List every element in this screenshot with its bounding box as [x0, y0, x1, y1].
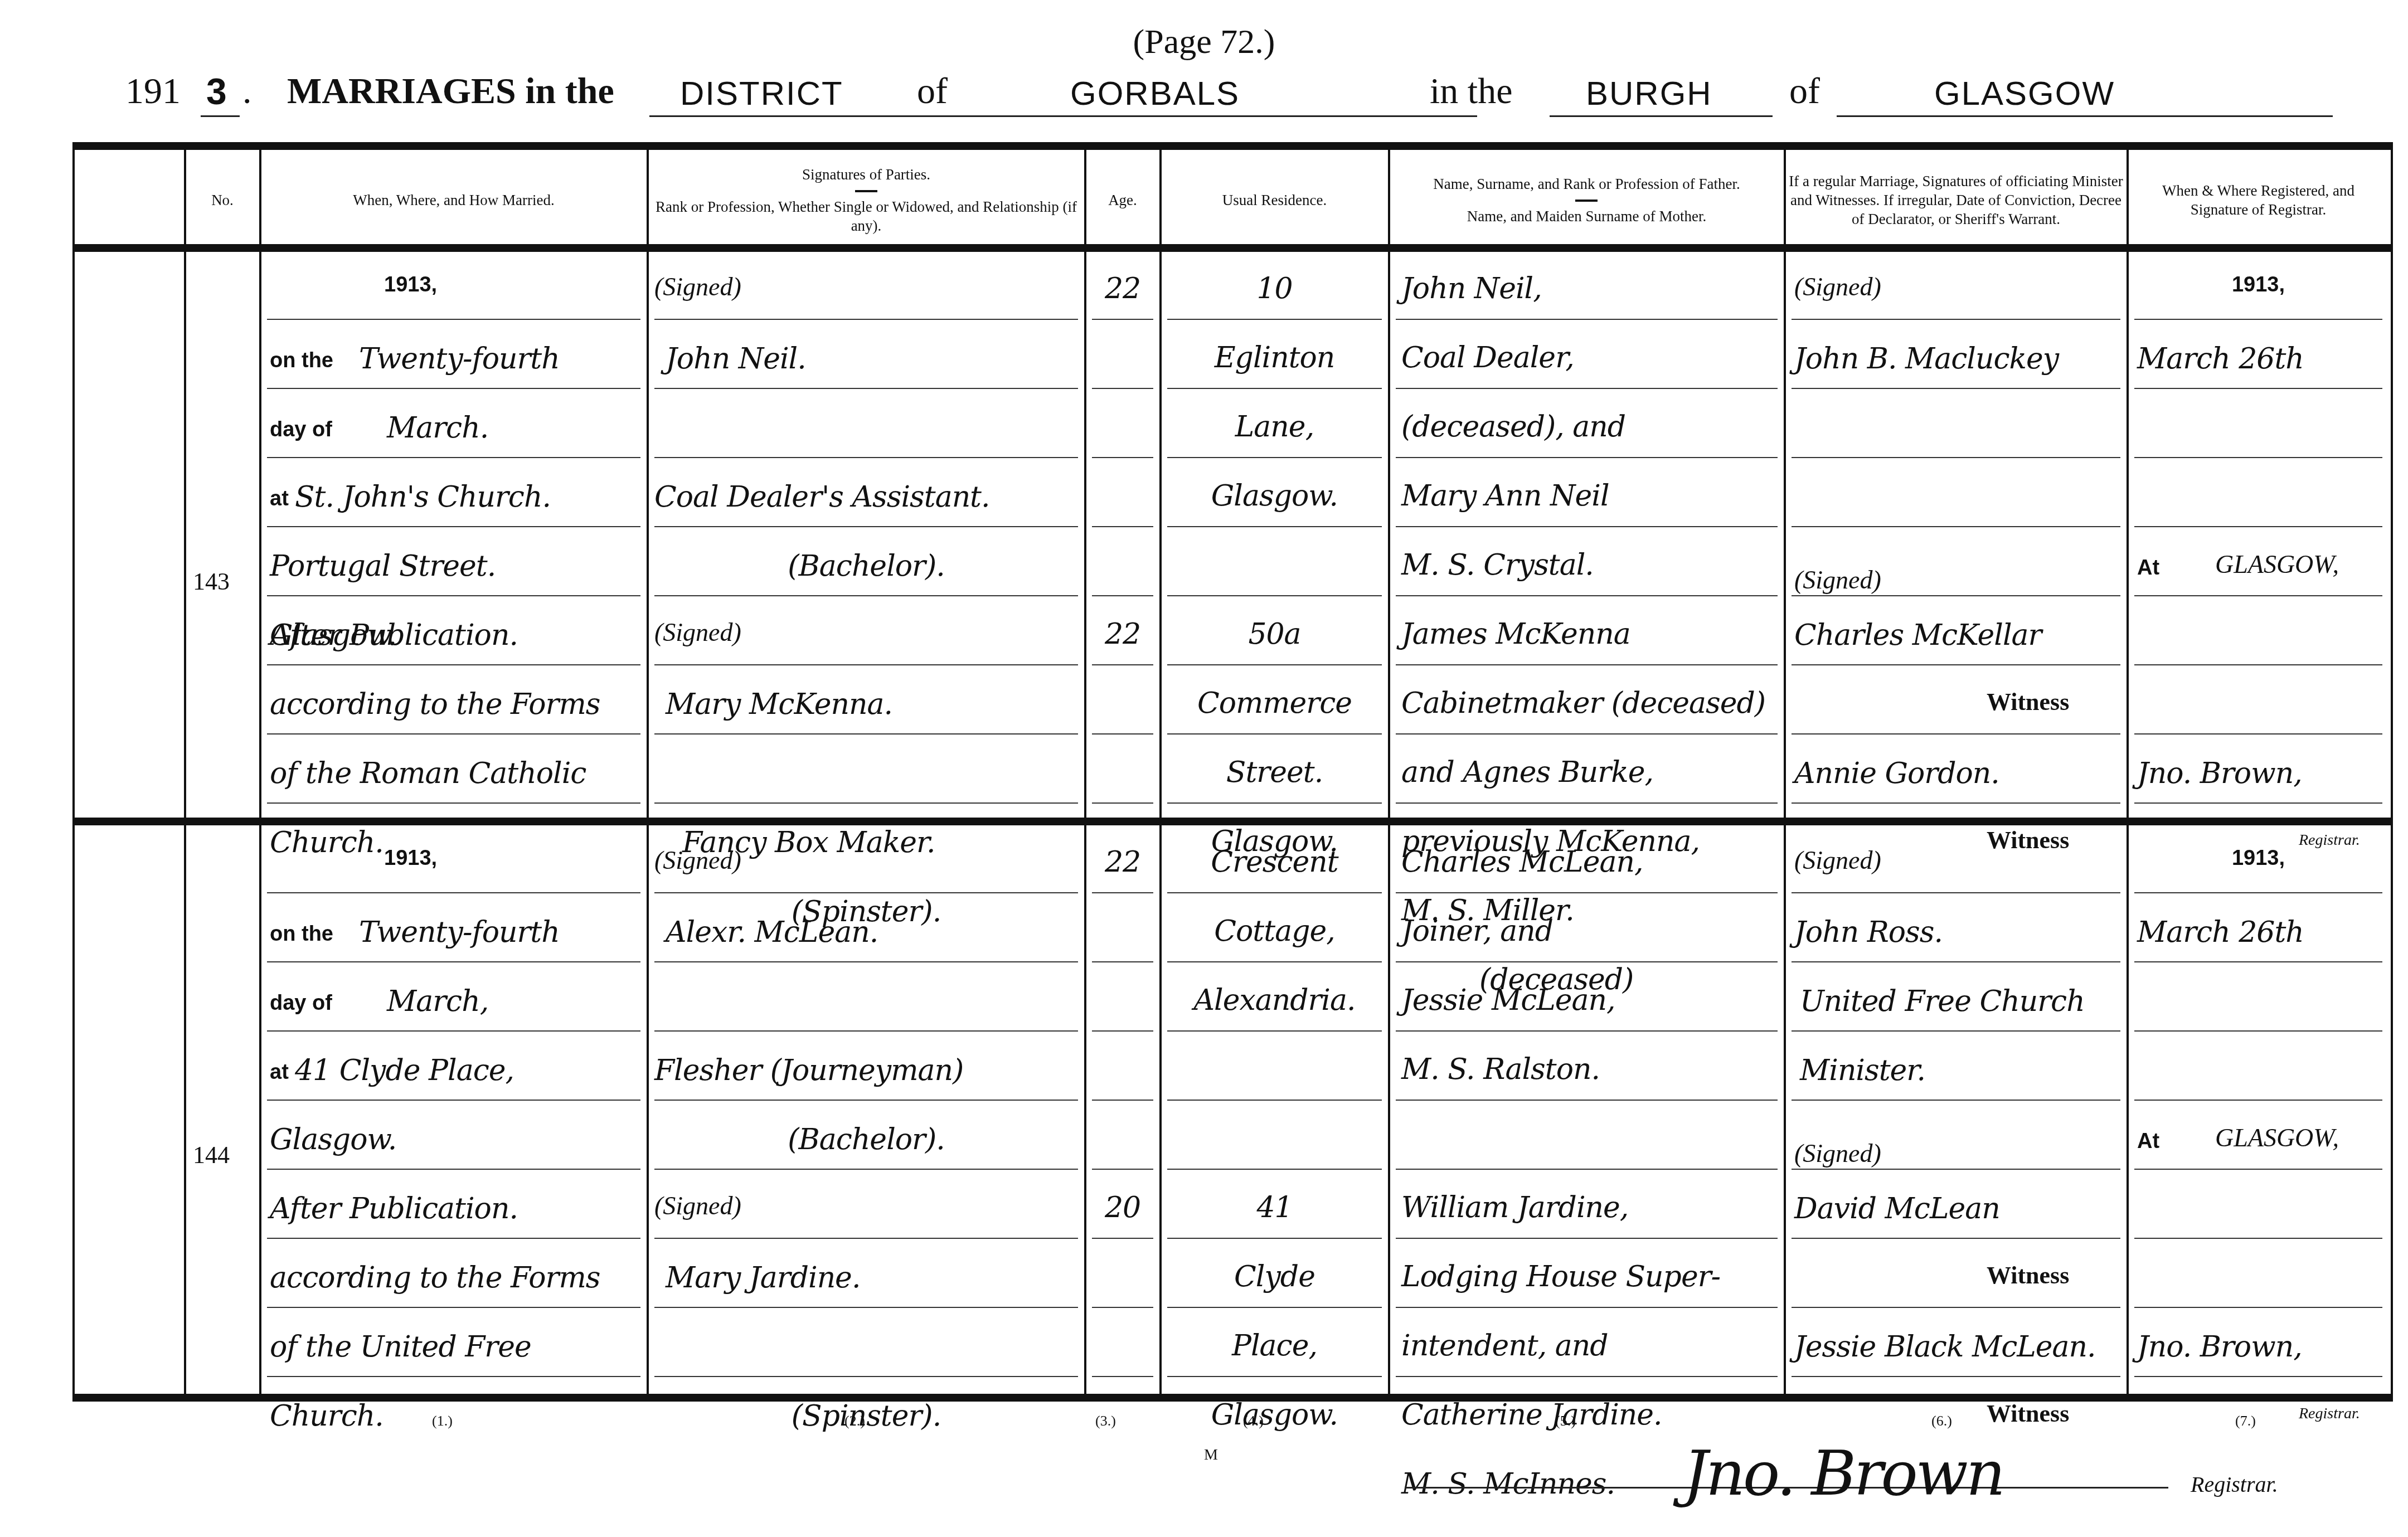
header-minister-witnesses: If a regular Marriage, Signatures of off… [1786, 159, 2126, 242]
writing-line [1396, 892, 1778, 893]
marriages-label: MARRIAGES in the [287, 70, 614, 113]
writing-line [1396, 961, 1778, 962]
groom-parents: M. S. Crystal. [1401, 551, 1594, 580]
label-day-of: day of [270, 993, 332, 1014]
writing-line [1092, 802, 1153, 804]
registered-date: March 26th [2137, 344, 2304, 373]
year-prefix: 191 [125, 70, 181, 113]
groom-rank: Flesher (Journeyman) [654, 1056, 963, 1085]
writing-line [1396, 319, 1778, 320]
witness-label: Witness [1987, 690, 2069, 714]
district-type: DISTRICT [680, 74, 843, 113]
minister-signature: John Ross. [1794, 918, 1943, 947]
writing-line [2134, 1030, 2382, 1032]
bride-residence: 50a [1162, 620, 1387, 649]
registrar-label: Registrar. [2299, 833, 2360, 848]
marriage-year: 1913, [384, 848, 437, 869]
bride-parents: and Agnes Burke, [1401, 758, 1653, 787]
signed-label: (Signed) [1794, 274, 1881, 300]
writing-line [654, 1169, 1078, 1170]
writing-line [1167, 892, 1382, 893]
bride-parents: Cabinetmaker (deceased) [1401, 689, 1765, 718]
writing-line [1092, 664, 1153, 665]
minister-signature: Minister. [1800, 1056, 1925, 1085]
writing-line [267, 1169, 640, 1170]
writing-line [1092, 1307, 1153, 1308]
groom-residence: Cottage, [1162, 917, 1387, 946]
district-name: GORBALS [1070, 74, 1240, 113]
signed-label: (Signed) [1794, 1141, 1881, 1166]
writing-line [1092, 892, 1153, 893]
groom-residence: Alexandria. [1162, 986, 1387, 1015]
registrar-signature: Jno. Brown, [2137, 1332, 2302, 1361]
marriage-month: March. [387, 414, 488, 442]
bride-parents: Catherine Jardine. [1401, 1400, 1662, 1429]
writing-line [1396, 526, 1778, 527]
writing-line [1167, 1169, 1382, 1170]
marriage-place: 41 Clyde Place, [295, 1056, 514, 1085]
marriage-manner: After Publication. [270, 621, 518, 650]
writing-line [267, 1238, 640, 1239]
footer-registrar-signature: Jno. Brown [1683, 1438, 2003, 1509]
header-residence: Usual Residence. [1162, 159, 1387, 242]
bride-parents: Lodging House Super- [1401, 1262, 1720, 1291]
marriage-day: Twenty-fourth [359, 918, 560, 947]
writing-line [1792, 1030, 2120, 1032]
writing-line [1792, 664, 2120, 665]
groom-residence: Crescent [1162, 848, 1387, 877]
writing-line [267, 961, 640, 962]
writing-line [1792, 802, 2120, 804]
writing-line [1792, 892, 2120, 893]
registered-place: GLASGOW, [2215, 552, 2339, 577]
writing-line [1092, 457, 1153, 458]
registered-year: 1913, [2129, 848, 2388, 869]
groom-parents: Jessie McLean, [1401, 986, 1615, 1015]
writing-line [1092, 595, 1153, 596]
writing-line [1167, 1100, 1382, 1101]
writing-line [2134, 595, 2382, 596]
writing-line [1396, 388, 1778, 389]
label-at-place: At [2137, 1131, 2159, 1152]
writing-line [1092, 961, 1153, 962]
writing-line [267, 319, 640, 320]
signed-label: (Signed) [654, 848, 741, 873]
writing-line [1167, 457, 1382, 458]
writing-line [1167, 595, 1382, 596]
marriage-place: Portugal Street. [270, 552, 496, 581]
writing-line [1167, 1030, 1382, 1032]
writing-line [1167, 1307, 1382, 1308]
witness-label: Witness [1987, 1263, 2069, 1288]
writing-line [1396, 1100, 1778, 1101]
groom-residence: Eglinton [1162, 343, 1387, 372]
groom-status: (Bachelor). [649, 1125, 1084, 1154]
label-day-of: day of [270, 419, 332, 440]
writing-line [2134, 526, 2382, 527]
writing-line [267, 892, 640, 893]
writing-line [2134, 457, 2382, 458]
registered-place: GLASGOW, [2215, 1125, 2339, 1151]
groom-parents: Mary Ann Neil [1401, 481, 1609, 510]
bride-residence: Commerce [1162, 689, 1387, 718]
writing-line [2134, 1169, 2382, 1170]
witness-label: Witness [1987, 1402, 2069, 1426]
bride-parents: intendent, and [1401, 1331, 1608, 1360]
writing-line [654, 802, 1078, 804]
witness-signature: Jessie Black McLean. [1794, 1332, 2096, 1361]
writing-line [654, 733, 1078, 735]
register-table: No. When, Where, and How Married. Signat… [72, 142, 2393, 1402]
burgh-name: GLASGOW [1934, 74, 2115, 113]
registrar-signature: Jno. Brown, [2137, 759, 2302, 788]
writing-line [1792, 961, 2120, 962]
entry-number: 144 [193, 1143, 230, 1168]
marriage-manner: according to the Forms [270, 1263, 600, 1292]
marriage-day: Twenty-fourth [359, 344, 560, 373]
writing-line [2134, 802, 2382, 804]
marriage-manner: of the Roman Catholic [270, 759, 586, 788]
column-number-7: (7.) [2235, 1413, 2256, 1429]
groom-name: John Neil. [666, 344, 806, 373]
page-number: (Page 72.) [0, 22, 2408, 62]
entry-number: 143 [193, 570, 230, 594]
writing-line [1092, 733, 1153, 735]
year-suffix: 3 [206, 70, 227, 113]
label-at: at [270, 488, 289, 509]
writing-line [654, 595, 1078, 596]
writing-line [1792, 457, 2120, 458]
writing-line [1167, 664, 1382, 665]
marriage-manner: according to the Forms [270, 690, 600, 719]
writing-line [1396, 802, 1778, 804]
writing-line [1396, 1307, 1778, 1308]
writing-line [1792, 319, 2120, 320]
marriage-manner: After Publication. [270, 1194, 518, 1223]
writing-line [1167, 961, 1382, 962]
writing-line [1092, 1376, 1153, 1377]
register-title: 191 3 . MARRIAGES in the DISTRICT of GOR… [125, 67, 2333, 117]
marriage-year: 1913, [384, 274, 437, 295]
groom-residence: Lane, [1162, 412, 1387, 441]
bride-parents: M. S. McInnes. [1401, 1470, 1615, 1499]
writing-line [654, 388, 1078, 389]
writing-line [1792, 1169, 2120, 1170]
writing-line [2134, 1238, 2382, 1239]
writing-line [267, 595, 640, 596]
writing-line [1092, 1030, 1153, 1032]
writing-line [2134, 1100, 2382, 1101]
writing-line [2134, 892, 2382, 893]
column-number-5: (5.) [1555, 1413, 1576, 1429]
registered-date: March 26th [2137, 918, 2304, 947]
writing-line [1396, 1376, 1778, 1377]
writing-line [1396, 733, 1778, 735]
writing-line [654, 526, 1078, 527]
header-age: Age. [1086, 159, 1159, 242]
groom-age: 22 [1086, 848, 1159, 877]
writing-line [654, 961, 1078, 962]
marriage-place: Glasgow. [270, 1125, 396, 1154]
writing-line [1167, 802, 1382, 804]
writing-line [1092, 388, 1153, 389]
writing-line [1396, 1030, 1778, 1032]
witness-label: Witness [1987, 828, 2069, 853]
witness-signature: Annie Gordon. [1794, 759, 1999, 788]
signed-label: (Signed) [654, 274, 741, 300]
bride-name: Mary McKenna. [666, 690, 892, 719]
marriage-month: March, [387, 987, 488, 1016]
groom-parents: Charles McLean, [1401, 848, 1643, 877]
bride-age: 20 [1086, 1193, 1159, 1222]
writing-line [2134, 961, 2382, 962]
witness-signature: Charles McKellar [1794, 621, 2041, 650]
writing-line [1396, 1238, 1778, 1239]
groom-parents: (deceased), and [1401, 412, 1625, 441]
column-number-2: (2.) [844, 1413, 865, 1429]
label-at-place: At [2137, 557, 2159, 578]
writing-line [1792, 526, 2120, 527]
groom-age: 22 [1086, 274, 1159, 303]
writing-line [267, 457, 640, 458]
writing-line [1167, 526, 1382, 527]
writing-line [654, 892, 1078, 893]
marriage-manner: Church. [270, 828, 383, 857]
writing-line [654, 1307, 1078, 1308]
signed-label: (Signed) [1794, 848, 1881, 873]
writing-line [267, 802, 640, 804]
writing-line [1792, 388, 2120, 389]
writing-line [1092, 319, 1153, 320]
column-number-3: (3.) [1095, 1413, 1116, 1429]
groom-parents: M. S. Ralston. [1401, 1055, 1600, 1084]
writing-line [2134, 388, 2382, 389]
header-father-mother: Name, Surname, and Rank or Profession of… [1390, 159, 1783, 242]
writing-line [1092, 526, 1153, 527]
header-registered: When & Where Registered, and Signature o… [2129, 159, 2388, 242]
writing-line [1396, 457, 1778, 458]
groom-parents: John Neil, [1401, 274, 1542, 303]
writing-line [1792, 1307, 2120, 1308]
groom-name: Alexr. McLean. [666, 918, 878, 947]
writing-line [654, 457, 1078, 458]
groom-parents: Joiner, and [1401, 917, 1553, 946]
writing-line [1792, 595, 2120, 596]
bride-residence: Clyde [1162, 1262, 1387, 1291]
writing-line [267, 526, 640, 527]
writing-line [267, 1376, 640, 1377]
groom-parents: Coal Dealer, [1401, 343, 1574, 372]
burgh-type: BURGH [1586, 74, 1712, 113]
signed-label: (Signed) [1794, 567, 1881, 593]
writing-line [654, 1100, 1078, 1101]
bride-status: (Spinster). [649, 1402, 1084, 1431]
marriage-manner: Church. [270, 1402, 383, 1431]
footer-mark: M [1204, 1446, 1218, 1464]
header-signatures: Signatures of Parties.Rank or Profession… [649, 159, 1084, 242]
bride-parents: James McKenna [1401, 620, 1630, 649]
writing-line [1167, 1376, 1382, 1377]
writing-line [2134, 1376, 2382, 1377]
signed-label: (Signed) [654, 620, 741, 645]
marriage-place: St. John's Church. [295, 483, 551, 512]
writing-line [1167, 1238, 1382, 1239]
groom-residence: Glasgow. [1162, 481, 1387, 510]
groom-status: (Bachelor). [649, 552, 1084, 581]
header-when-where-how: When, Where, and How Married. [261, 159, 646, 242]
writing-line [1092, 1169, 1153, 1170]
footer-registrar-label: Registrar. [2191, 1471, 2278, 1497]
bride-residence: Place, [1162, 1331, 1387, 1360]
writing-line [1092, 1100, 1153, 1101]
registered-year: 1913, [2129, 274, 2388, 295]
writing-line [267, 1030, 640, 1032]
writing-line [654, 1376, 1078, 1377]
writing-line [267, 1307, 640, 1308]
writing-line [654, 664, 1078, 665]
marriage-manner: of the United Free [270, 1332, 531, 1361]
label-at: at [270, 1062, 289, 1083]
writing-line [2134, 664, 2382, 665]
writing-line [2134, 733, 2382, 735]
column-number-6: (6.) [1931, 1413, 1952, 1429]
column-number-1: (1.) [432, 1413, 453, 1429]
minister-signature: John B. Macluckey [1794, 344, 2059, 373]
writing-line [1167, 388, 1382, 389]
label-on-the: on the [270, 350, 333, 371]
minister-signature: United Free Church [1800, 987, 2085, 1016]
writing-line [654, 319, 1078, 320]
signed-label: (Signed) [654, 1193, 741, 1219]
bride-age: 22 [1086, 620, 1159, 649]
label-on-the: on the [270, 923, 333, 945]
groom-rank: Coal Dealer's Assistant. [654, 483, 990, 512]
bride-name: Mary Jardine. [666, 1263, 860, 1292]
writing-line [2134, 319, 2382, 320]
writing-line [267, 1100, 640, 1101]
column-number-4: (4.) [1243, 1413, 1264, 1429]
writing-line [1396, 664, 1778, 665]
writing-line [267, 388, 640, 389]
writing-line [1792, 1238, 2120, 1239]
writing-line [1167, 319, 1382, 320]
writing-line [1167, 733, 1382, 735]
writing-line [267, 733, 640, 735]
writing-line [1396, 1169, 1778, 1170]
registrar-label: Registrar. [2299, 1406, 2360, 1422]
groom-residence: 10 [1162, 274, 1387, 303]
writing-line [1396, 595, 1778, 596]
writing-line [2134, 1307, 2382, 1308]
writing-line [654, 1030, 1078, 1032]
bride-residence: 41 [1162, 1193, 1387, 1222]
writing-line [1792, 733, 2120, 735]
bride-residence: Street. [1162, 758, 1387, 787]
writing-line [1792, 1100, 2120, 1101]
writing-line [1792, 1376, 2120, 1377]
bride-residence: Glasgow. [1162, 1400, 1387, 1429]
writing-line [267, 664, 640, 665]
bride-parents: William Jardine, [1401, 1193, 1628, 1222]
writing-line [654, 1238, 1078, 1239]
header-no: No. [186, 159, 259, 242]
witness-signature: David McLean [1794, 1194, 2000, 1223]
writing-line [1092, 1238, 1153, 1239]
